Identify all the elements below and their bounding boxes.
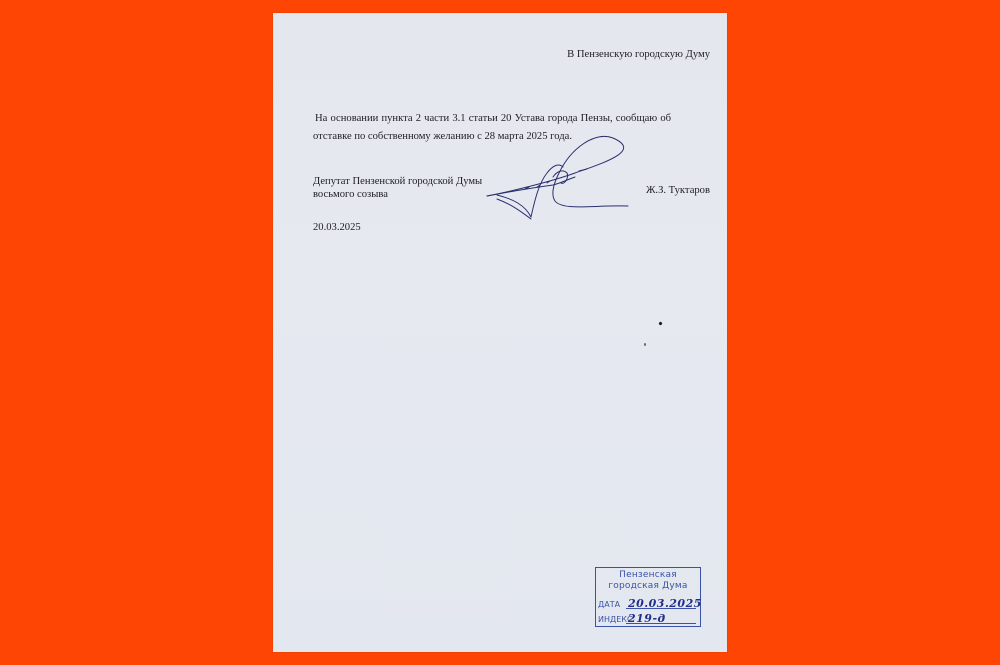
signatory-role-line-1: Депутат Пензенской городской Думы	[313, 175, 482, 188]
stamp-date-label: ДАТА	[598, 600, 620, 609]
stamp-org-line-1: Пензенская	[596, 570, 700, 580]
ink-speck	[658, 321, 662, 325]
registration-stamp: Пензенская городская Дума ДАТА 20.03.202…	[595, 567, 701, 627]
signatory-role-line-2: восьмого созыва	[313, 188, 388, 201]
document-date: 20.03.2025	[313, 221, 361, 234]
stamp-index-row: ИНДЕКС 219-д	[598, 612, 696, 624]
body-line-1: На основании пункта 2 части 3.1 статьи 2…	[315, 112, 671, 125]
addressee: В Пензенскую городскую Думу	[567, 48, 710, 61]
stamp-date-value: 20.03.2025	[628, 597, 702, 610]
signatory-name: Ж.З. Туктаров	[646, 184, 710, 197]
ink-speck	[644, 343, 646, 346]
stamp-date-row: ДАТА 20.03.2025	[598, 597, 696, 609]
handwritten-signature-icon	[483, 133, 653, 223]
document-page: В Пензенскую городскую Думу На основании…	[273, 13, 727, 652]
stamp-org-line-2: городская Дума	[596, 581, 700, 591]
stamp-index-value: 219-д	[628, 612, 666, 625]
